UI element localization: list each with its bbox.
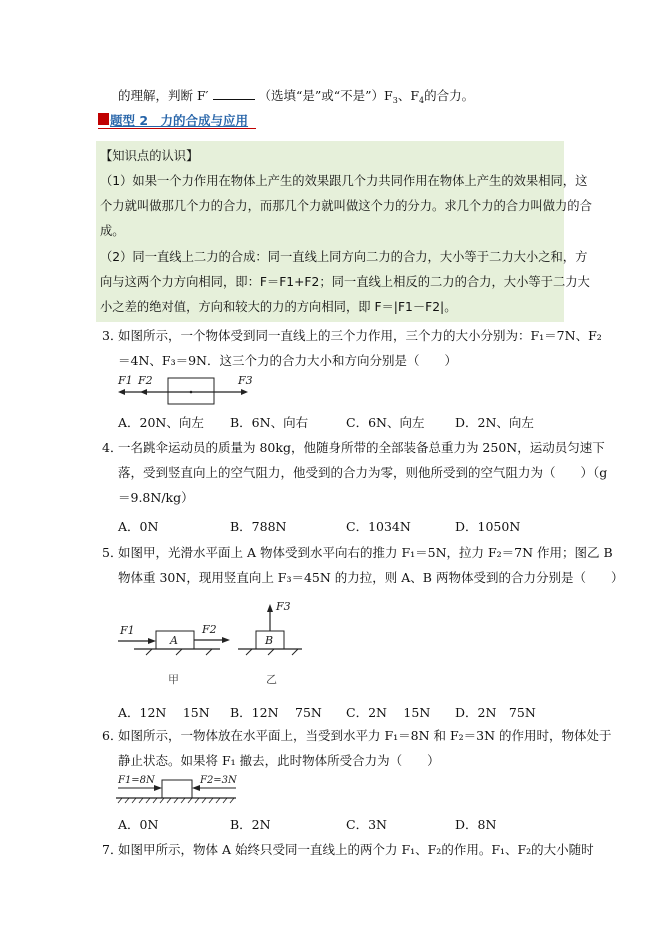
intro-suffix: （选填“是”或“不是”）F xyxy=(259,88,393,103)
question-text-line: 落，受到竖直向上的空气阻力，他受到的合力为零，则他所受到的空气阻力为（ ）（g xyxy=(118,465,607,481)
option-c[interactable]: C．1034N xyxy=(346,517,411,535)
svg-text:F3: F3 xyxy=(275,600,291,613)
option-d[interactable]: D．2N、向左 xyxy=(455,413,534,431)
option-c[interactable]: C．6N、向左 xyxy=(346,413,424,431)
options-row: A．12N 15N B．12N 75N C．2N 15N D．2N 75N xyxy=(118,703,588,719)
option-a[interactable]: A．0N xyxy=(118,517,158,535)
question-text-line: 如图甲所示，物体 A 始终只受同一直线上的两个力 F₁、F₂的作用。F₁、F₂的… xyxy=(118,842,594,858)
question-text-line: 如图所示，一物体放在水平面上，当受到水平力 F₁＝8N 和 F₂＝3N 的作用时… xyxy=(118,728,612,744)
options-row: A．0N B．2N C．3N D．8N xyxy=(118,815,588,831)
option-b[interactable]: B．788N xyxy=(230,517,286,535)
question-text-line: 如图甲，光滑水平面上 A 物体受到水平向右的推力 F₁＝5N，拉力 F₂＝7N … xyxy=(118,545,613,561)
knowledge-p2-line: （2）同一直线上二力的合成：同一直线上同方向二力的合力，大小等于二力大小之和，方 xyxy=(100,249,587,265)
knowledge-p1-line: 个力就叫做那几个力的合力，而那几个力就叫做这个力的分力。求几个力的合力叫做力的合 xyxy=(100,198,592,214)
svg-text:乙: 乙 xyxy=(266,673,277,686)
options-row: A．0N B．788N C．1034N D．1050N xyxy=(118,517,588,533)
option-a[interactable]: A．12N 15N xyxy=(118,703,210,721)
question-text-line: ＝9.8N/kg） xyxy=(118,490,194,506)
knowledge-p1-line: 成。 xyxy=(100,223,125,239)
option-c[interactable]: C．2N 15N xyxy=(346,703,430,721)
intro-end: 的合力。 xyxy=(424,88,474,103)
option-b[interactable]: B．12N 75N xyxy=(230,703,322,721)
knowledge-p1-line: （1）如果一个力作用在物体上产生的效果跟几个力共同作用在物体上产生的效果相同，这 xyxy=(100,173,587,189)
question-text-line: 物体重 30N，现用竖直向上 F₃＝45N 的力拉，则 A、B 两物体受到的合力… xyxy=(118,570,623,586)
svg-text:F2=3N: F2=3N xyxy=(199,775,238,786)
section-marker-icon xyxy=(98,113,109,125)
question-text-line: 一名跳伞运动员的质量为 80kg，他随身所带的全部装备总重力为 250N，运动员… xyxy=(118,440,605,456)
svg-text:F2: F2 xyxy=(201,623,217,636)
svg-text:B: B xyxy=(264,634,273,647)
intro-prefix: 的理解，判断 F′ xyxy=(118,88,209,103)
intro-mid: 、F xyxy=(398,88,419,103)
option-c[interactable]: C．3N xyxy=(346,815,387,833)
svg-text:F1=8N: F1=8N xyxy=(117,775,156,786)
option-a[interactable]: A．0N xyxy=(118,815,158,833)
knowledge-box: 【知识点的认识】 （1）如果一个力作用在物体上产生的效果跟几个力共同作用在物体上… xyxy=(96,141,564,322)
intro-line: 的理解，判断 F′（选填“是”或“不是”）F3、F4的合力。 xyxy=(118,88,474,109)
svg-text:F2: F2 xyxy=(137,374,153,387)
option-b[interactable]: B．2N xyxy=(230,815,271,833)
option-a[interactable]: A．20N、向左 xyxy=(118,413,204,431)
options-row: A．20N、向左 B．6N、向右 C．6N、向左 D．2N、向左 xyxy=(118,413,588,429)
q6-force-diagram: F1=8N F2=3N xyxy=(116,772,241,804)
section-title: 题型 2 力的合成与应用 xyxy=(110,111,248,129)
knowledge-title: 【知识点的认识】 xyxy=(100,148,198,164)
section-underline xyxy=(98,128,256,129)
question-text-line: 静止状态。如果将 F₁ 撤去，此时物体所受合力为（ ） xyxy=(118,753,440,769)
option-b[interactable]: B．6N、向右 xyxy=(230,413,308,431)
svg-text:F1: F1 xyxy=(117,374,133,387)
svg-text:F1: F1 xyxy=(119,624,135,637)
knowledge-p2-line: 小之差的绝对值，方向和较大的力的方向相同，即 F＝|F1－F2|。 xyxy=(100,299,457,315)
option-d[interactable]: D．8N xyxy=(455,815,496,833)
question-text-line: ＝4N、F₃＝9N．这三个力的合力大小和方向分别是（ ） xyxy=(118,353,457,369)
svg-text:甲: 甲 xyxy=(168,673,179,686)
svg-text:F3: F3 xyxy=(237,374,253,387)
knowledge-p2-line: 向与这两个力方向相同，即：F＝F1+F2；同一直线上相反的二力的合力，大小等于二… xyxy=(100,274,590,290)
option-d[interactable]: D．2N 75N xyxy=(455,703,536,721)
q5-force-diagrams: F1 F2 A 甲 F3 B 乙 xyxy=(112,596,312,691)
question-text-line: 如图所示，一个物体受到同一直线上的三个力作用，三个力的大小分别为：F₁＝7N、F… xyxy=(118,328,602,344)
svg-text:A: A xyxy=(169,634,178,647)
option-d[interactable]: D．1050N xyxy=(455,517,520,535)
q3-force-diagram: F1 F2 F3 xyxy=(118,372,258,404)
answer-blank[interactable] xyxy=(213,88,255,100)
